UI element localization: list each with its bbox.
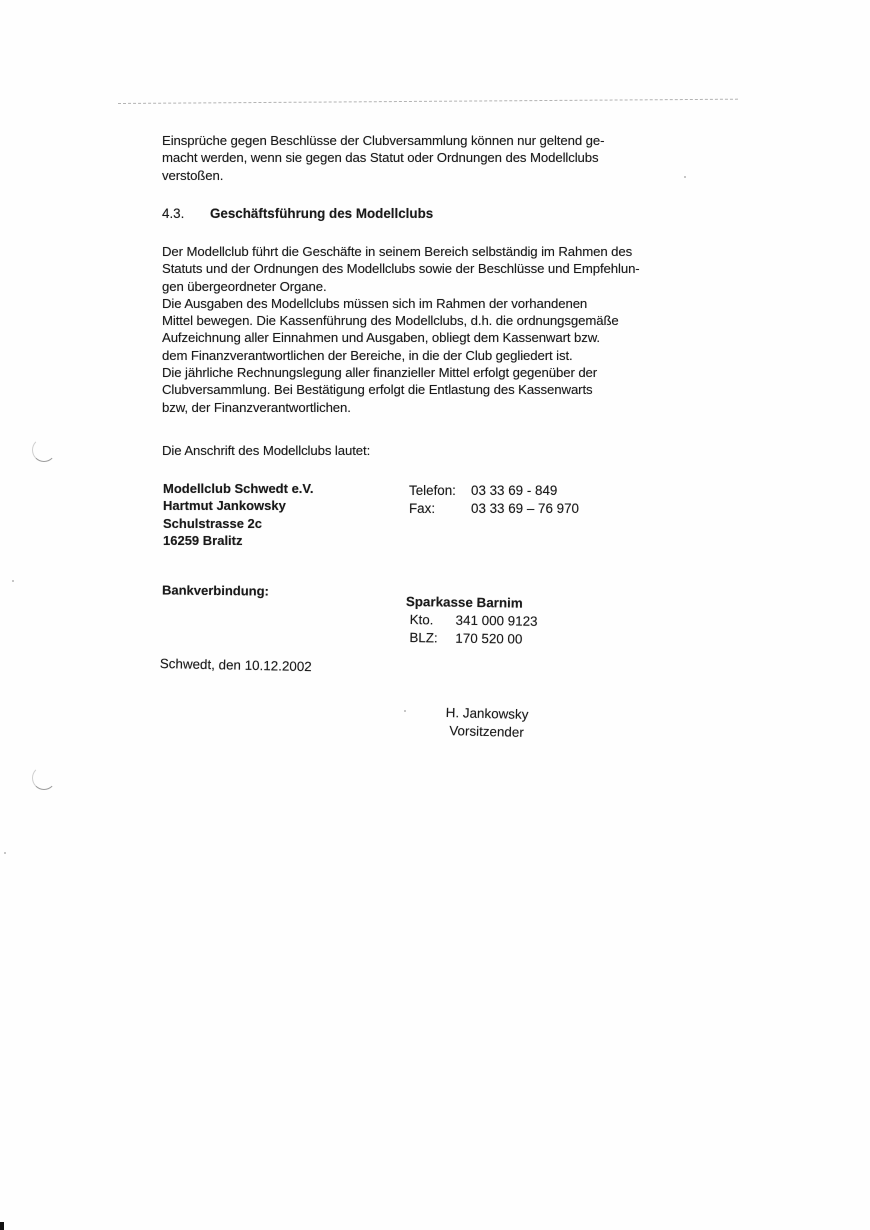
account-label: Kto. xyxy=(410,611,456,629)
scan-speck xyxy=(4,852,6,854)
text-line: macht werden, wenn sie gegen das Statut … xyxy=(162,149,604,166)
text-line: Clubversammlung. Bei Bestätigung erfolgt… xyxy=(162,381,640,398)
text-line: bzw, der Finanzverantwortlichen. xyxy=(162,399,640,416)
signatory-name: H. Jankowsky xyxy=(446,705,529,722)
fax-number: 03 33 69 – 76 970 xyxy=(471,501,579,516)
phone-row: Telefon:03 33 69 - 849 xyxy=(409,482,579,500)
punch-hole-mark xyxy=(32,438,56,462)
phone-number: 03 33 69 - 849 xyxy=(471,483,557,498)
bank-name: Sparkasse Barnim xyxy=(406,593,538,613)
text-line: Aufzeichnung aller Einnahmen und Ausgabe… xyxy=(162,329,640,346)
signatory-role: Vorsitzender xyxy=(445,721,528,741)
text-line: Die Ausgaben des Modellclubs müssen sich… xyxy=(162,295,640,312)
section-number: 4.3. xyxy=(162,206,210,221)
address-intro: Die Anschrift des Modellclubs lautet: xyxy=(162,442,370,459)
scanned-page: Einsprüche gegen Beschlüsse der Clubvers… xyxy=(0,0,870,1230)
address-line-club: Modellclub Schwedt e.V. xyxy=(163,480,314,497)
text-line: Die jährliche Rechnungslegung aller fina… xyxy=(162,364,640,381)
text-line: verstoßen. xyxy=(162,167,604,184)
blz-label: BLZ: xyxy=(409,629,455,647)
text-line: gen übergeordneter Organe. xyxy=(162,278,640,295)
bank-details: Sparkasse Barnim Kto.341 000 9123 BLZ:17… xyxy=(405,593,538,648)
section-title: Geschäftsführung des Modellclubs xyxy=(210,206,433,221)
paragraph-management: Der Modellclub führt die Geschäfte in se… xyxy=(162,243,640,416)
place-date: Schwedt, den 10.12.2002 xyxy=(160,656,312,674)
fax-label: Fax: xyxy=(409,500,471,518)
scan-corner-mark xyxy=(0,1222,4,1230)
address-line-street: Schulstrasse 2c xyxy=(163,515,314,532)
text-line: Einsprüche gegen Beschlüsse der Clubvers… xyxy=(162,132,604,149)
account-row: Kto.341 000 9123 xyxy=(406,611,538,631)
bank-label: Bankverbindung: xyxy=(162,582,269,598)
contact-block: Telefon:03 33 69 - 849 Fax:03 33 69 – 76… xyxy=(409,482,579,517)
text-line: Statuts und der Ordnungen des Modellclub… xyxy=(162,260,640,277)
club-address: Modellclub Schwedt e.V. Hartmut Jankowsk… xyxy=(163,480,314,549)
punch-hole-mark xyxy=(32,766,56,790)
text-line: Mittel bewegen. Die Kassenführung des Mo… xyxy=(162,312,640,329)
address-line-name: Hartmut Jankowsky xyxy=(163,497,314,514)
scan-speck xyxy=(684,176,686,178)
phone-label: Telefon: xyxy=(409,482,471,500)
section-heading: 4.3.Geschäftsführung des Modellclubs xyxy=(162,206,433,221)
address-line-city: 16259 Bralitz xyxy=(163,532,314,549)
paragraph-objections: Einsprüche gegen Beschlüsse der Clubvers… xyxy=(162,132,604,184)
header-divider xyxy=(118,99,738,104)
fax-row: Fax:03 33 69 – 76 970 xyxy=(409,500,579,518)
account-number: 341 000 9123 xyxy=(456,612,538,628)
text-line: Der Modellclub führt die Geschäfte in se… xyxy=(162,243,640,260)
blz-number: 170 520 00 xyxy=(455,630,522,646)
scan-speck xyxy=(12,580,14,582)
blz-row: BLZ:170 520 00 xyxy=(405,629,537,649)
signature-block: H. Jankowsky Vorsitzender xyxy=(445,704,528,741)
scan-speck xyxy=(404,710,406,712)
text-line: dem Finanzverantwortlichen der Bereiche,… xyxy=(162,347,640,364)
